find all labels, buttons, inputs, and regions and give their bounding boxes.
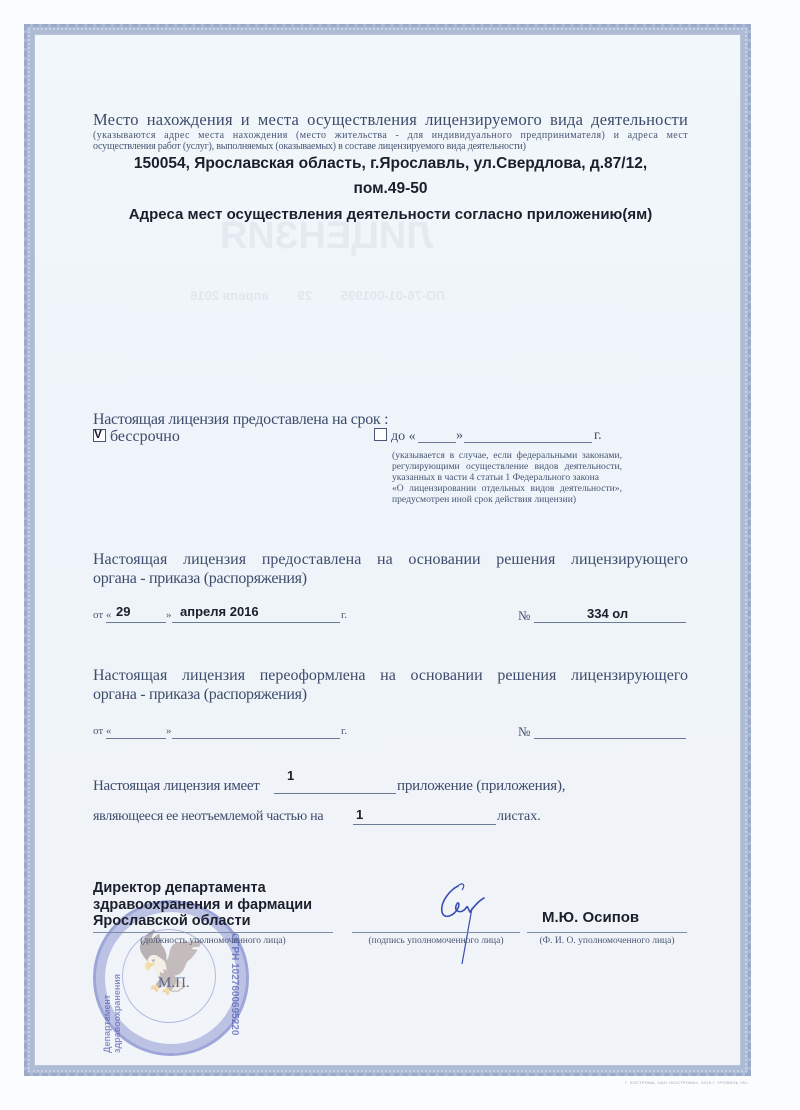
term-indefinite-option[interactable]: бессрочно (93, 428, 180, 446)
appendix-sheets-label: листах. (497, 809, 541, 825)
grant-day-line[interactable] (106, 622, 166, 623)
appendix-count-line[interactable] (274, 793, 396, 794)
reissue-year-suffix: г. (341, 726, 347, 737)
grant-year-suffix: г. (341, 610, 347, 621)
reissue-number-line[interactable] (534, 738, 686, 739)
indefinite-label: бессрочно (110, 428, 180, 445)
location-note-line1: (указываются адрес места нахождения (мес… (93, 130, 688, 141)
grant-number-label: № (518, 608, 530, 624)
term-until-option[interactable]: до « (374, 428, 416, 445)
term-heading: Настоящая лицензия предоставлена на срок… (93, 411, 388, 429)
address-line2: пом.49-50 (93, 180, 688, 198)
grant-basis-line1: Настоящая лицензия предоставлена на осно… (93, 551, 688, 569)
until-date-line[interactable] (464, 442, 592, 443)
term-note-line5: предусмотрен иной срок действия лицензии… (392, 494, 622, 505)
address-line1: 150054, Ярославская область, г.Ярославль… (93, 155, 688, 173)
addresses-by-appendix: Адреса мест осуществления деятельности с… (93, 206, 688, 223)
reissue-month-line[interactable] (172, 738, 340, 739)
grant-number-value: 334 ол (587, 606, 628, 621)
position-line1: Директор департамента (93, 880, 312, 897)
until-close-quote: » (456, 428, 463, 444)
location-heading: Место нахождения и места осуществления л… (93, 110, 688, 130)
signature-caption: (подпись уполномоченного лица) (352, 936, 520, 946)
grant-day-value: 29 (116, 604, 130, 619)
position-line2: здравоохранения и фармации (93, 897, 312, 914)
grant-basis-line2: органа - приказа (распоряжения) (93, 570, 307, 588)
position-line3: Ярославской области (93, 913, 312, 930)
reissue-number-label: № (518, 724, 530, 740)
grant-month-line[interactable] (172, 622, 340, 623)
signatory-name: М.Ю. Осипов (542, 909, 639, 926)
handwritten-signature-icon (428, 876, 498, 966)
indefinite-checkbox[interactable] (93, 429, 106, 442)
name-line (527, 932, 687, 933)
until-day-line[interactable] (418, 442, 456, 443)
position-caption: (должность уполномоченного лица) (93, 936, 333, 946)
term-note: (указывается в случае, если федеральными… (392, 450, 622, 505)
reissue-basis-line2: органа - приказа (распоряжения) (93, 686, 307, 704)
grant-number-line[interactable] (534, 622, 686, 623)
grant-from-label: от « (93, 610, 111, 621)
reissue-basis-line1: Настоящая лицензия переоформлена на осно… (93, 667, 688, 685)
grant-day-close: » (166, 610, 172, 621)
appendix-sheets-value: 1 (356, 807, 363, 822)
position-line (93, 932, 333, 933)
reissue-day-close: » (166, 726, 172, 737)
appendix-has-label: Настоящая лицензия имеет (93, 778, 260, 795)
reissue-from-label: от « (93, 726, 111, 737)
grant-month-year-value: апреля 2016 (180, 604, 259, 619)
seal-place-label: М.П. (158, 975, 190, 992)
until-label: до « (391, 429, 416, 444)
reissue-day-line[interactable] (106, 738, 166, 739)
until-year-suffix: г. (594, 428, 602, 444)
appendix-count-value: 1 (287, 768, 294, 783)
seal-ogrn-text: ОГРН 1027600695220 (229, 933, 240, 1035)
term-note-line4: «О лицензировании отдельных видов деятел… (392, 483, 622, 494)
term-note-line1: (указывается в случае, если федеральными… (392, 450, 622, 461)
appendix-integral-label: являющееся ее неотъемлемой частью на (93, 809, 323, 825)
name-caption: (Ф. И. О. уполномоченного лица) (527, 936, 687, 946)
location-note-line2: осуществления работ (услуг), выполняемых… (93, 141, 688, 152)
appendix-sheets-line[interactable] (353, 824, 496, 825)
term-note-line2: регулирующими осуществление видов деятел… (392, 461, 622, 472)
signature-line (352, 932, 520, 933)
signatory-position: Директор департамента здравоохранения и … (93, 880, 312, 930)
term-note-line3: указанных в части 4 статьи 1 Федеральног… (392, 472, 622, 483)
printer-imprint: Г. КОСТРОМА. ОАО «КОСТРОМА». 2015 Г. УРО… (625, 1080, 748, 1085)
appendix-label: приложение (приложения), (397, 778, 565, 795)
until-checkbox[interactable] (374, 428, 387, 441)
